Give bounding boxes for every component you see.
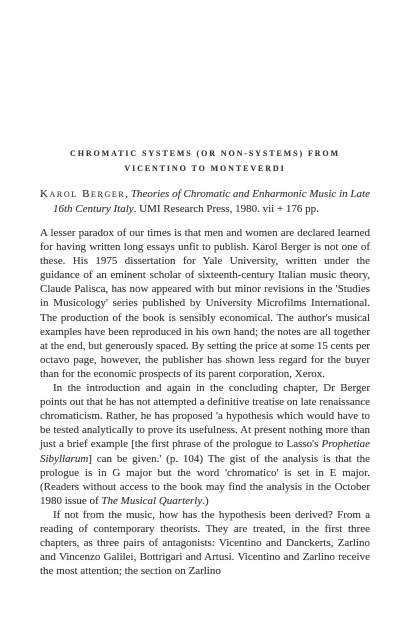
paragraph: If not from the music, how has the hypot… xyxy=(40,508,370,578)
paragraph-segment: .) xyxy=(202,495,208,507)
paragraph-segment: In the introduction and again in the con… xyxy=(40,382,370,450)
article-heading-line1: CHROMATIC SYSTEMS (OR NON-SYSTEMS) FROM xyxy=(40,146,370,161)
paragraph: A lesser paradox of our times is that me… xyxy=(40,226,370,381)
journal-title-musical-quarterly: The Musical Quarterly xyxy=(101,495,202,507)
scanned-document-page: CHROMATIC SYSTEMS (OR NON-SYSTEMS) FROM … xyxy=(0,0,405,637)
book-citation: Karol Berger, Theories of Chromatic and … xyxy=(40,187,370,217)
citation-publication-info: . UMI Research Press, 1980. vii + 176 pp… xyxy=(134,203,319,215)
article-heading: CHROMATIC SYSTEMS (OR NON-SYSTEMS) FROM … xyxy=(40,146,370,176)
citation-author: Karol Berger xyxy=(40,188,125,200)
review-body: A lesser paradox of our times is that me… xyxy=(40,226,370,578)
article-heading-line2: VICENTINO TO MONTEVERDI xyxy=(40,161,370,176)
paragraph: In the introduction and again in the con… xyxy=(40,381,370,508)
page-content: CHROMATIC SYSTEMS (OR NON-SYSTEMS) FROM … xyxy=(40,146,370,578)
